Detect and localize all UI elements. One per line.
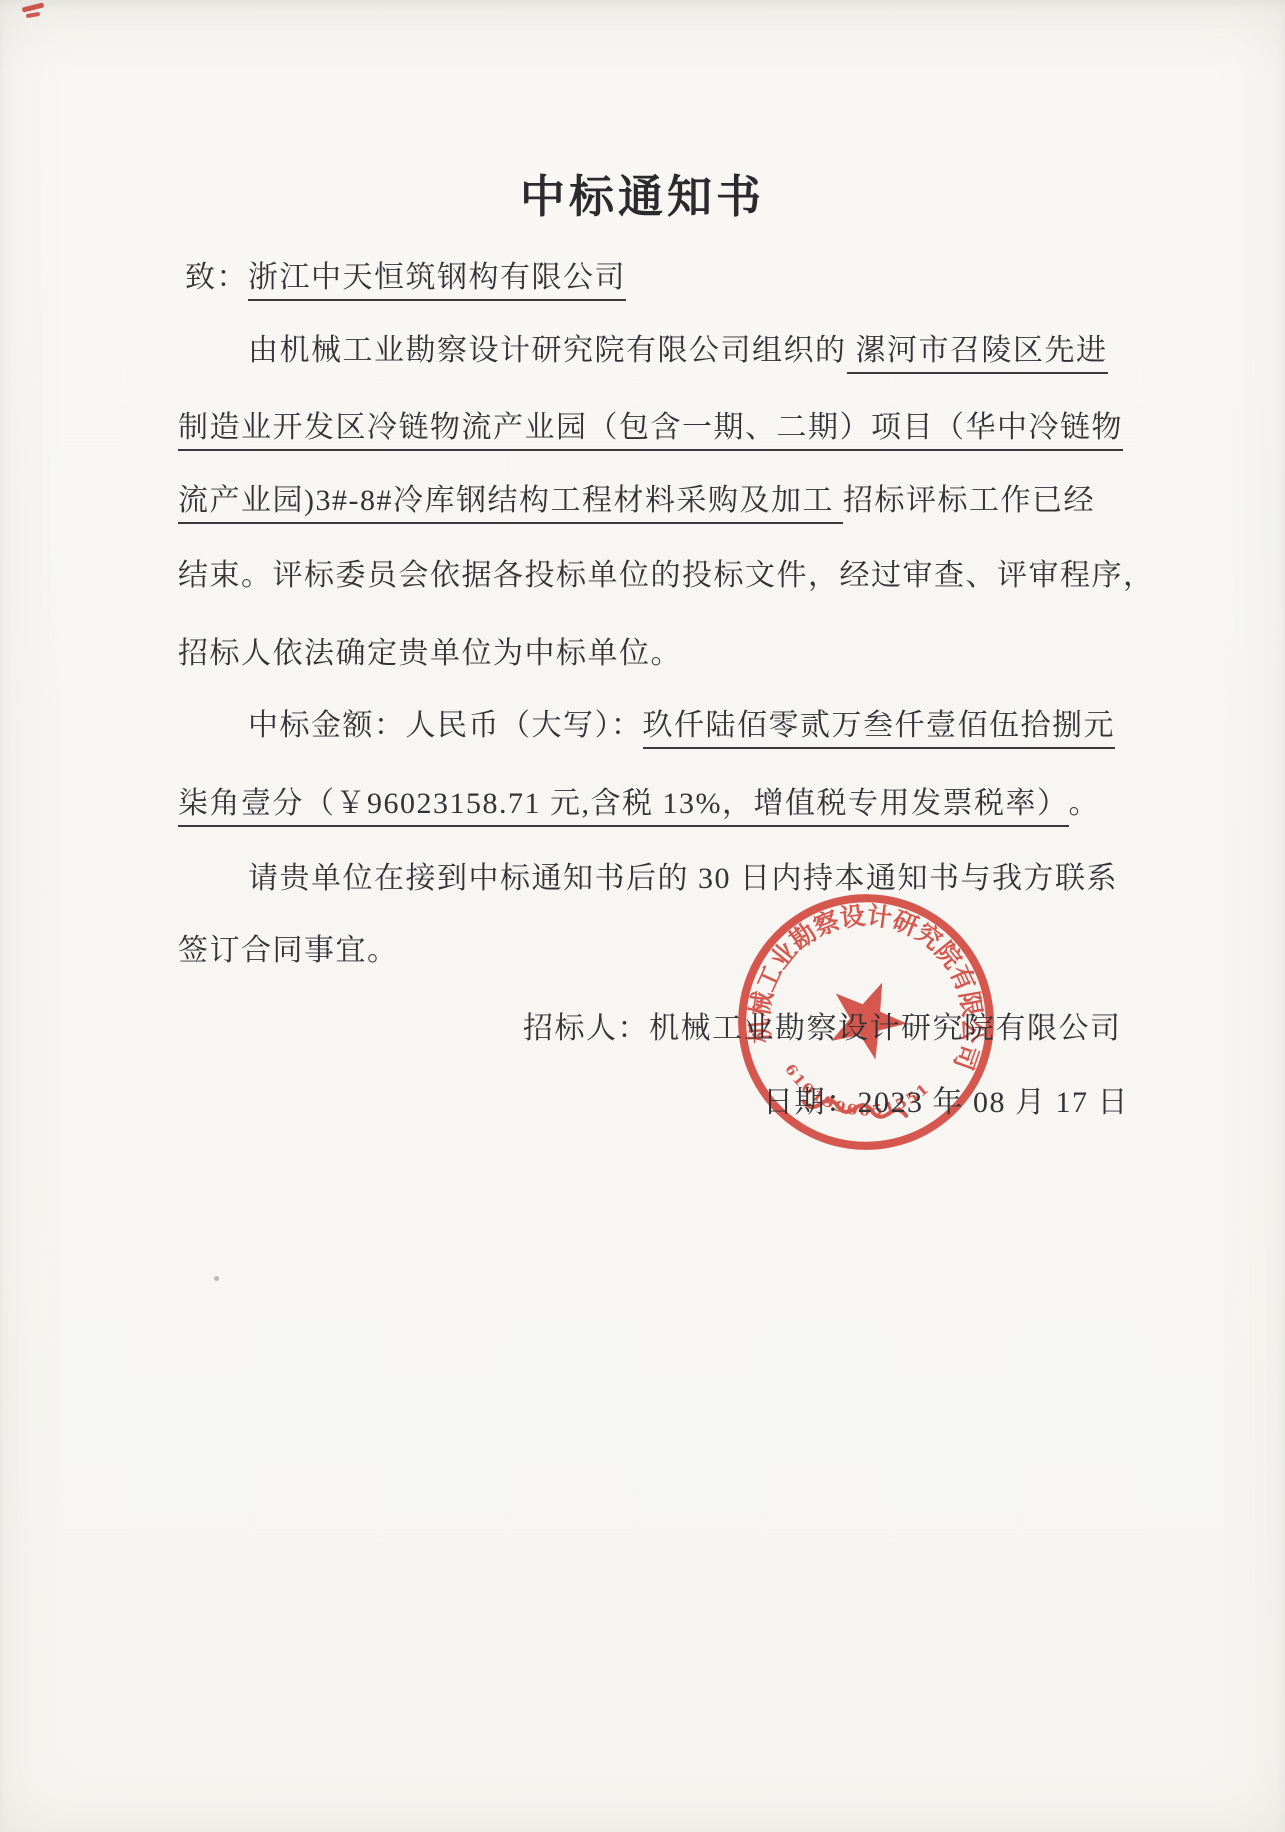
underlined-text: 制造业开发区冷链物流产业园（包含一期、二期）项目（华中冷链物 [178,410,1123,451]
text-segment: 签订合同事宜。 [178,933,399,974]
text-line-1: 致：浙江中天恒筑钢构有限公司 [185,260,626,301]
document-page: 中标通知书 机械工业勘察设计研究院有限公司 6101990051551 致： [0,0,1285,1832]
text-segment: 招标人依法确定贵单位为中标单位。 [178,636,682,677]
underlined-text: 浙江中天恒筑钢构有限公司 [248,260,626,301]
text-line-6: 招标人依法确定贵单位为中标单位。 [178,636,682,677]
text-line-11: 招标人：机械工业勘察设计研究院有限公司 [523,1011,1122,1052]
paper-speck [214,1276,219,1281]
text-line-7: 中标金额：人民币（大写）：玖仟陆佰零贰万叁仟壹佰伍拾捌元 [248,708,1115,749]
text-segment: 。 [1069,786,1101,827]
underlined-text: 柒角壹分（￥96023158.71 元,含税 13%，增值税专用发票税率） [178,786,1069,827]
text-line-12: 日期：2023 年 08 月 17 日 [763,1085,1129,1126]
text-segment: 招标人：机械工业勘察设计研究院有限公司 [523,1011,1122,1052]
underlined-text: 漯河市召陵区先进 [847,333,1108,374]
text-segment: 致： [185,260,248,301]
text-segment: 招标评标工作已经 [843,483,1095,524]
text-segment: 中标金额：人民币（大写）： [248,708,643,749]
text-line-2: 由机械工业勘察设计研究院有限公司组织的 漯河市召陵区先进 [248,333,1108,374]
text-segment: 日期：2023 年 08 月 17 日 [763,1085,1129,1126]
page-title: 中标通知书 [0,160,1285,225]
underlined-text: 玖仟陆佰零贰万叁仟壹佰伍拾捌元 [643,708,1116,749]
text-line-8: 柒角壹分（￥96023158.71 元,含税 13%，增值税专用发票税率）。 [178,786,1100,827]
text-segment: 请贵单位在接到中标通知书后的 30 日内持本通知书与我方联系 [248,861,1118,902]
text-line-3: 制造业开发区冷链物流产业园（包含一期、二期）项目（华中冷链物 [178,410,1123,451]
red-ink-smudge [20,2,50,22]
text-line-10: 签订合同事宜。 [178,933,399,974]
text-segment: 结束。评标委员会依据各投标单位的投标文件，经过审查、评审程序， [178,558,1155,599]
text-line-9: 请贵单位在接到中标通知书后的 30 日内持本通知书与我方联系 [248,861,1118,902]
underlined-text: 流产业园)3#-8#冷库钢结构工程材料采购及加工 [178,483,843,524]
text-line-5: 结束。评标委员会依据各投标单位的投标文件，经过审查、评审程序， [178,558,1155,599]
text-line-4: 流产业园)3#-8#冷库钢结构工程材料采购及加工 招标评标工作已经 [178,483,1095,524]
text-segment: 由机械工业勘察设计研究院有限公司组织的 [248,333,847,374]
